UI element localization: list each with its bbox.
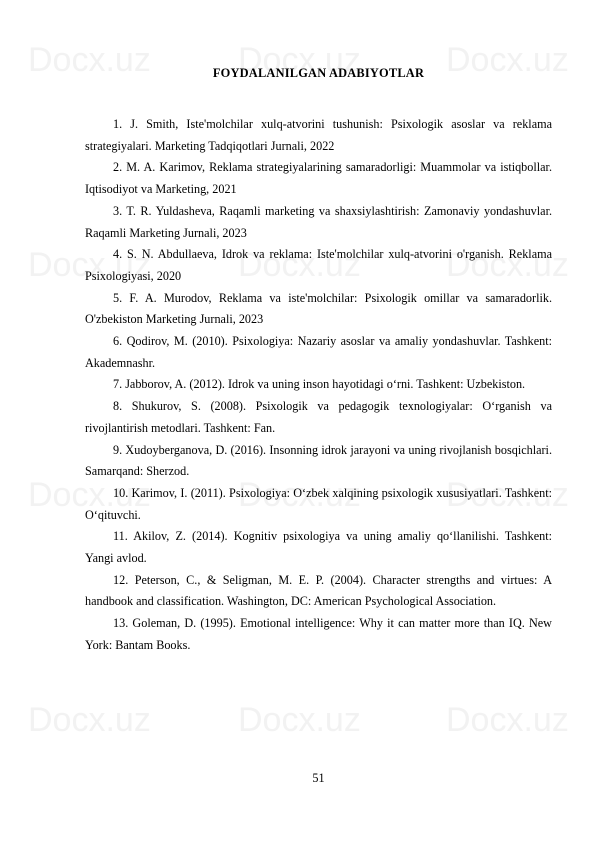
reference-item: 9. Xudoyberganova, D. (2016). Insonning …	[85, 440, 552, 483]
watermark-row: Docx.uz Docx.uz Docx.uz	[0, 700, 595, 740]
reference-list: 1. J. Smith, Iste'molchilar xulq-atvorin…	[85, 114, 552, 657]
watermark-text: Docx.uz	[238, 700, 361, 740]
page-title: FOYDALANILGAN ADABIYOTLAR	[85, 66, 552, 81]
reference-item: 12. Peterson, C., & Seligman, M. E. P. (…	[85, 570, 552, 613]
reference-item: 5. F. A. Murodov, Reklama va iste'molchi…	[85, 288, 552, 331]
reference-item: 11. Akilov, Z. (2014). Kognitiv psixolog…	[85, 526, 552, 569]
reference-item: 6. Qodirov, M. (2010). Psixologiya: Naza…	[85, 331, 552, 374]
watermark-text: Docx.uz	[446, 700, 569, 740]
reference-item: 10. Karimov, I. (2011). Psixologiya: O‘z…	[85, 483, 552, 526]
reference-item: 2. M. A. Karimov, Reklama strategiyalari…	[85, 157, 552, 200]
reference-item: 8. Shukurov, S. (2008). Psixologik va pe…	[85, 396, 552, 439]
reference-item: 13. Goleman, D. (1995). Emotional intell…	[85, 613, 552, 656]
page-number: 51	[85, 771, 552, 786]
watermark-text: Docx.uz	[28, 700, 151, 740]
reference-item: 3. T. R. Yuldasheva, Raqamli marketing v…	[85, 201, 552, 244]
document-page: Docx.uz Docx.uz Docx.uz Docx.uz Docx.uz …	[0, 0, 595, 842]
reference-item: 7. Jabborov, A. (2012). Idrok va uning i…	[85, 374, 552, 396]
reference-item: 4. S. N. Abdullaeva, Idrok va reklama: I…	[85, 244, 552, 287]
reference-item: 1. J. Smith, Iste'molchilar xulq-atvorin…	[85, 114, 552, 157]
